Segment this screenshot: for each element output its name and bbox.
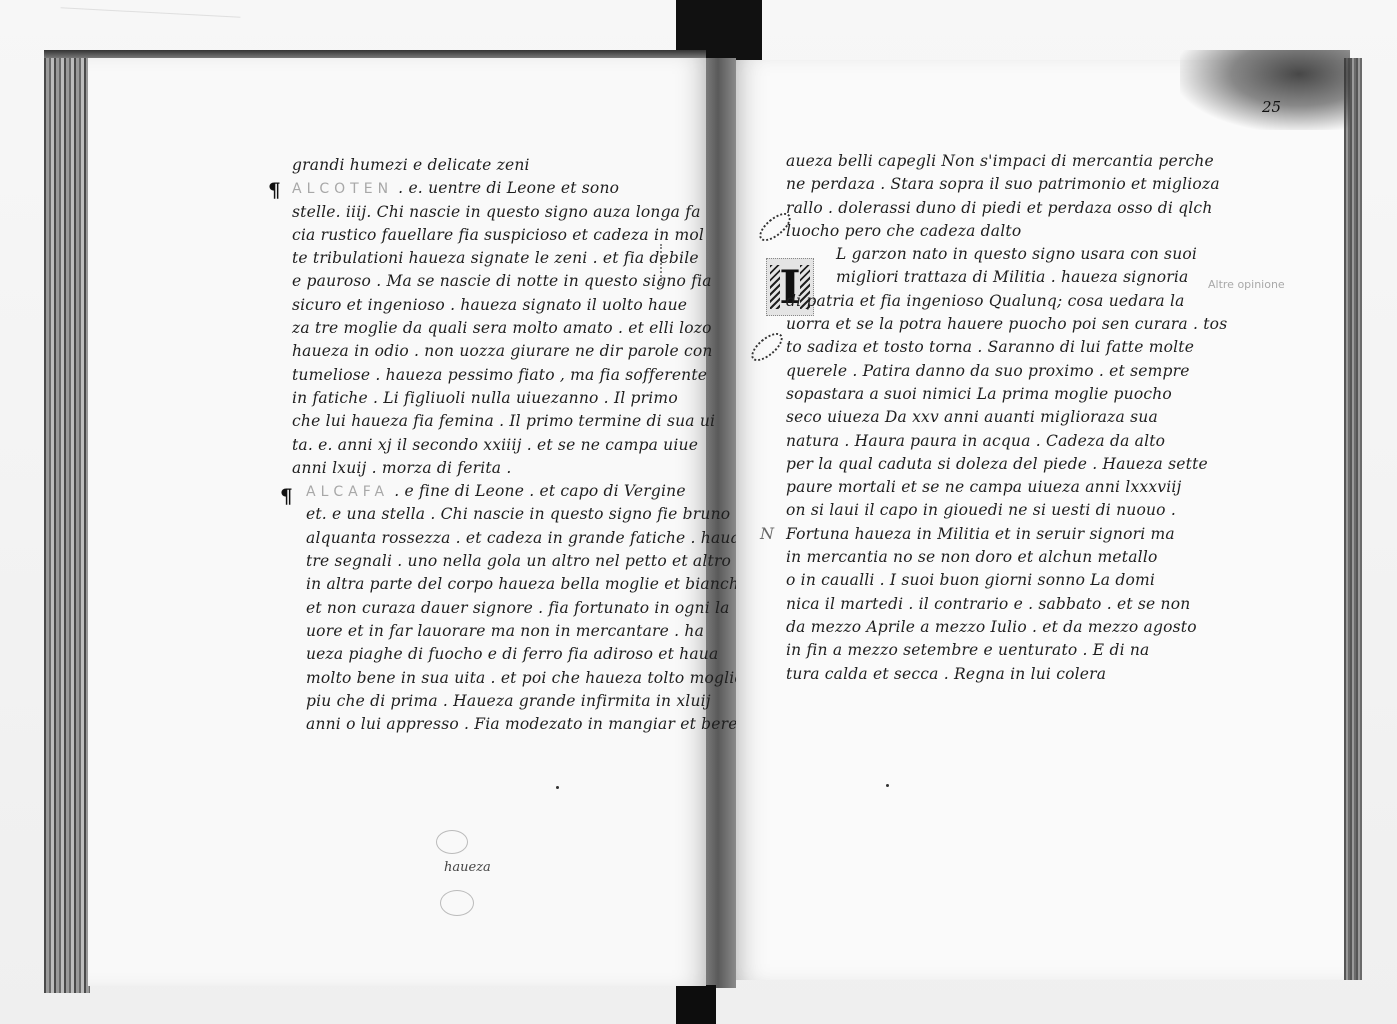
right-page-edges xyxy=(1344,58,1362,980)
text-line: di patria et fia ingenioso Qualunq; cosa… xyxy=(786,290,1166,313)
text-line: ALCAFA . e fine di Leone . et capo di Ve… xyxy=(292,480,692,503)
bottom-shadow xyxy=(676,985,716,1024)
left-top-edge xyxy=(44,50,706,58)
text-line: stelle. iiij. Chi nascie in questo signo… xyxy=(292,201,692,224)
catchword-flourish xyxy=(440,890,474,916)
text-line: te tribulationi haueza signate le zeni .… xyxy=(292,247,692,270)
text-line: Fortuna haueza in Militia et in seruir s… xyxy=(786,523,1166,546)
ink-dot xyxy=(556,786,559,789)
text-line: aueza belli capegli Non s'impaci di merc… xyxy=(786,150,1166,173)
text-line: tumeliose . haueza pessimo fiato , ma fi… xyxy=(292,364,692,387)
text-line: ta. e. anni xj il secondo xxiiij . et se… xyxy=(292,434,692,457)
text-line: o in caualli . I suoi buon giorni sonno … xyxy=(786,569,1166,592)
text-line: e pauroso . Ma se nascie di notte in que… xyxy=(292,270,692,293)
left-page-text: grandi humezi e delicate zeni ALCOTEN . … xyxy=(292,154,692,736)
text-line: querele . Patira danno da suo proximo . … xyxy=(786,360,1166,383)
text-line: on si laui il capo in giouedi ne si uest… xyxy=(786,499,1166,522)
text-line: et. e una stella . Chi nascie in questo … xyxy=(292,503,692,526)
text-line: ne perdaza . Stara sopra il suo patrimon… xyxy=(786,173,1166,196)
catchword: haueza xyxy=(444,860,491,875)
ornament-icon xyxy=(770,265,780,309)
text-line: anni o lui appresso . Fia modezato in ma… xyxy=(292,713,692,736)
text-line: uorra et se la potra hauere puocho poi s… xyxy=(786,313,1166,336)
text-line: che lui haueza fia femina . Il primo ter… xyxy=(292,410,692,433)
text-line: tura calda et secca . Regna in lui coler… xyxy=(786,663,1166,686)
left-page-edges xyxy=(44,50,90,993)
text-line: anni lxuij . morza di ferita . xyxy=(292,457,692,480)
folio-number: 25 xyxy=(1262,98,1281,116)
paragraph-mark-icon: ¶ xyxy=(280,484,293,508)
text-line: to sadiza et tosto torna . Saranno di lu… xyxy=(786,336,1166,359)
text-line: et non curaza dauer signore . fia fortun… xyxy=(292,597,692,620)
water-stain xyxy=(1180,50,1350,130)
text-line: migliori trattaza di Militia . haueza si… xyxy=(786,266,1166,289)
text-line: in fatiche . Li figliuoli nulla uiuezann… xyxy=(292,387,692,410)
ink-dot xyxy=(886,784,889,787)
text-line: rallo . dolerassi duno di piedi et perda… xyxy=(786,197,1166,220)
text-line: L garzon nato in questo signo usara con … xyxy=(786,243,1166,266)
text-line: piu che di prima . Haueza grande infirmi… xyxy=(292,690,692,713)
text-line: ALCOTEN . e. uentre di Leone et sono xyxy=(292,177,692,200)
text-line: luocho pero che cadeza dalto xyxy=(786,220,1166,243)
text-line: molto bene in sua uita . et poi che haue… xyxy=(292,667,692,690)
text-line: sopastara a suoi nimici La prima moglie … xyxy=(786,383,1166,406)
text-line: da mezzo Aprile a mezzo Iulio . et da me… xyxy=(786,616,1166,639)
text-line: tre segnali . uno nella gola un altro ne… xyxy=(292,550,692,573)
text-line: nica il martedi . il contrario e . sabba… xyxy=(786,593,1166,616)
rubric-heading: ALCOTEN xyxy=(292,181,393,197)
margin-note: Altre opinione xyxy=(1208,278,1285,291)
text-line: paure mortali et se ne campa uiueza anni… xyxy=(786,476,1166,499)
text-line: alquanta rossezza . et cadeza in grande … xyxy=(292,527,692,550)
text-line: uore et in far lauorare ma non in mercan… xyxy=(292,620,692,643)
right-page-text: aueza belli capegli Non s'impaci di merc… xyxy=(786,150,1166,686)
text-line: per la qual caduta si doleza del piede .… xyxy=(786,453,1166,476)
catchword-flourish xyxy=(436,830,468,854)
text-line: in fin a mezzo setembre e uenturato . E … xyxy=(786,639,1166,662)
text-line: grandi humezi e delicate zeni xyxy=(292,154,692,177)
rubric-heading: ALCAFA xyxy=(306,484,389,500)
text-line: sicuro et ingenioso . haueza signato il … xyxy=(292,294,692,317)
book-gutter xyxy=(706,58,736,988)
text-line: seco uiueza Da xxv anni auanti miglioraz… xyxy=(786,406,1166,429)
text-line: cia rustico fauellare fia suspicioso et … xyxy=(292,224,692,247)
text-line: za tre moglie da quali sera molto amato … xyxy=(292,317,692,340)
text-line: ueza piaghe di fuocho e di ferro fia adi… xyxy=(292,643,692,666)
text-line: in mercantia no se non doro et alchun me… xyxy=(786,546,1166,569)
text-line: natura . Haura paura in acqua . Cadeza d… xyxy=(786,430,1166,453)
marginal-initial: N xyxy=(760,524,774,543)
text-line: in altra parte del corpo haueza bella mo… xyxy=(292,573,692,596)
text-line: haueza in odio . non uozza giurare ne di… xyxy=(292,340,692,363)
paragraph-mark-icon: ¶ xyxy=(268,178,281,202)
